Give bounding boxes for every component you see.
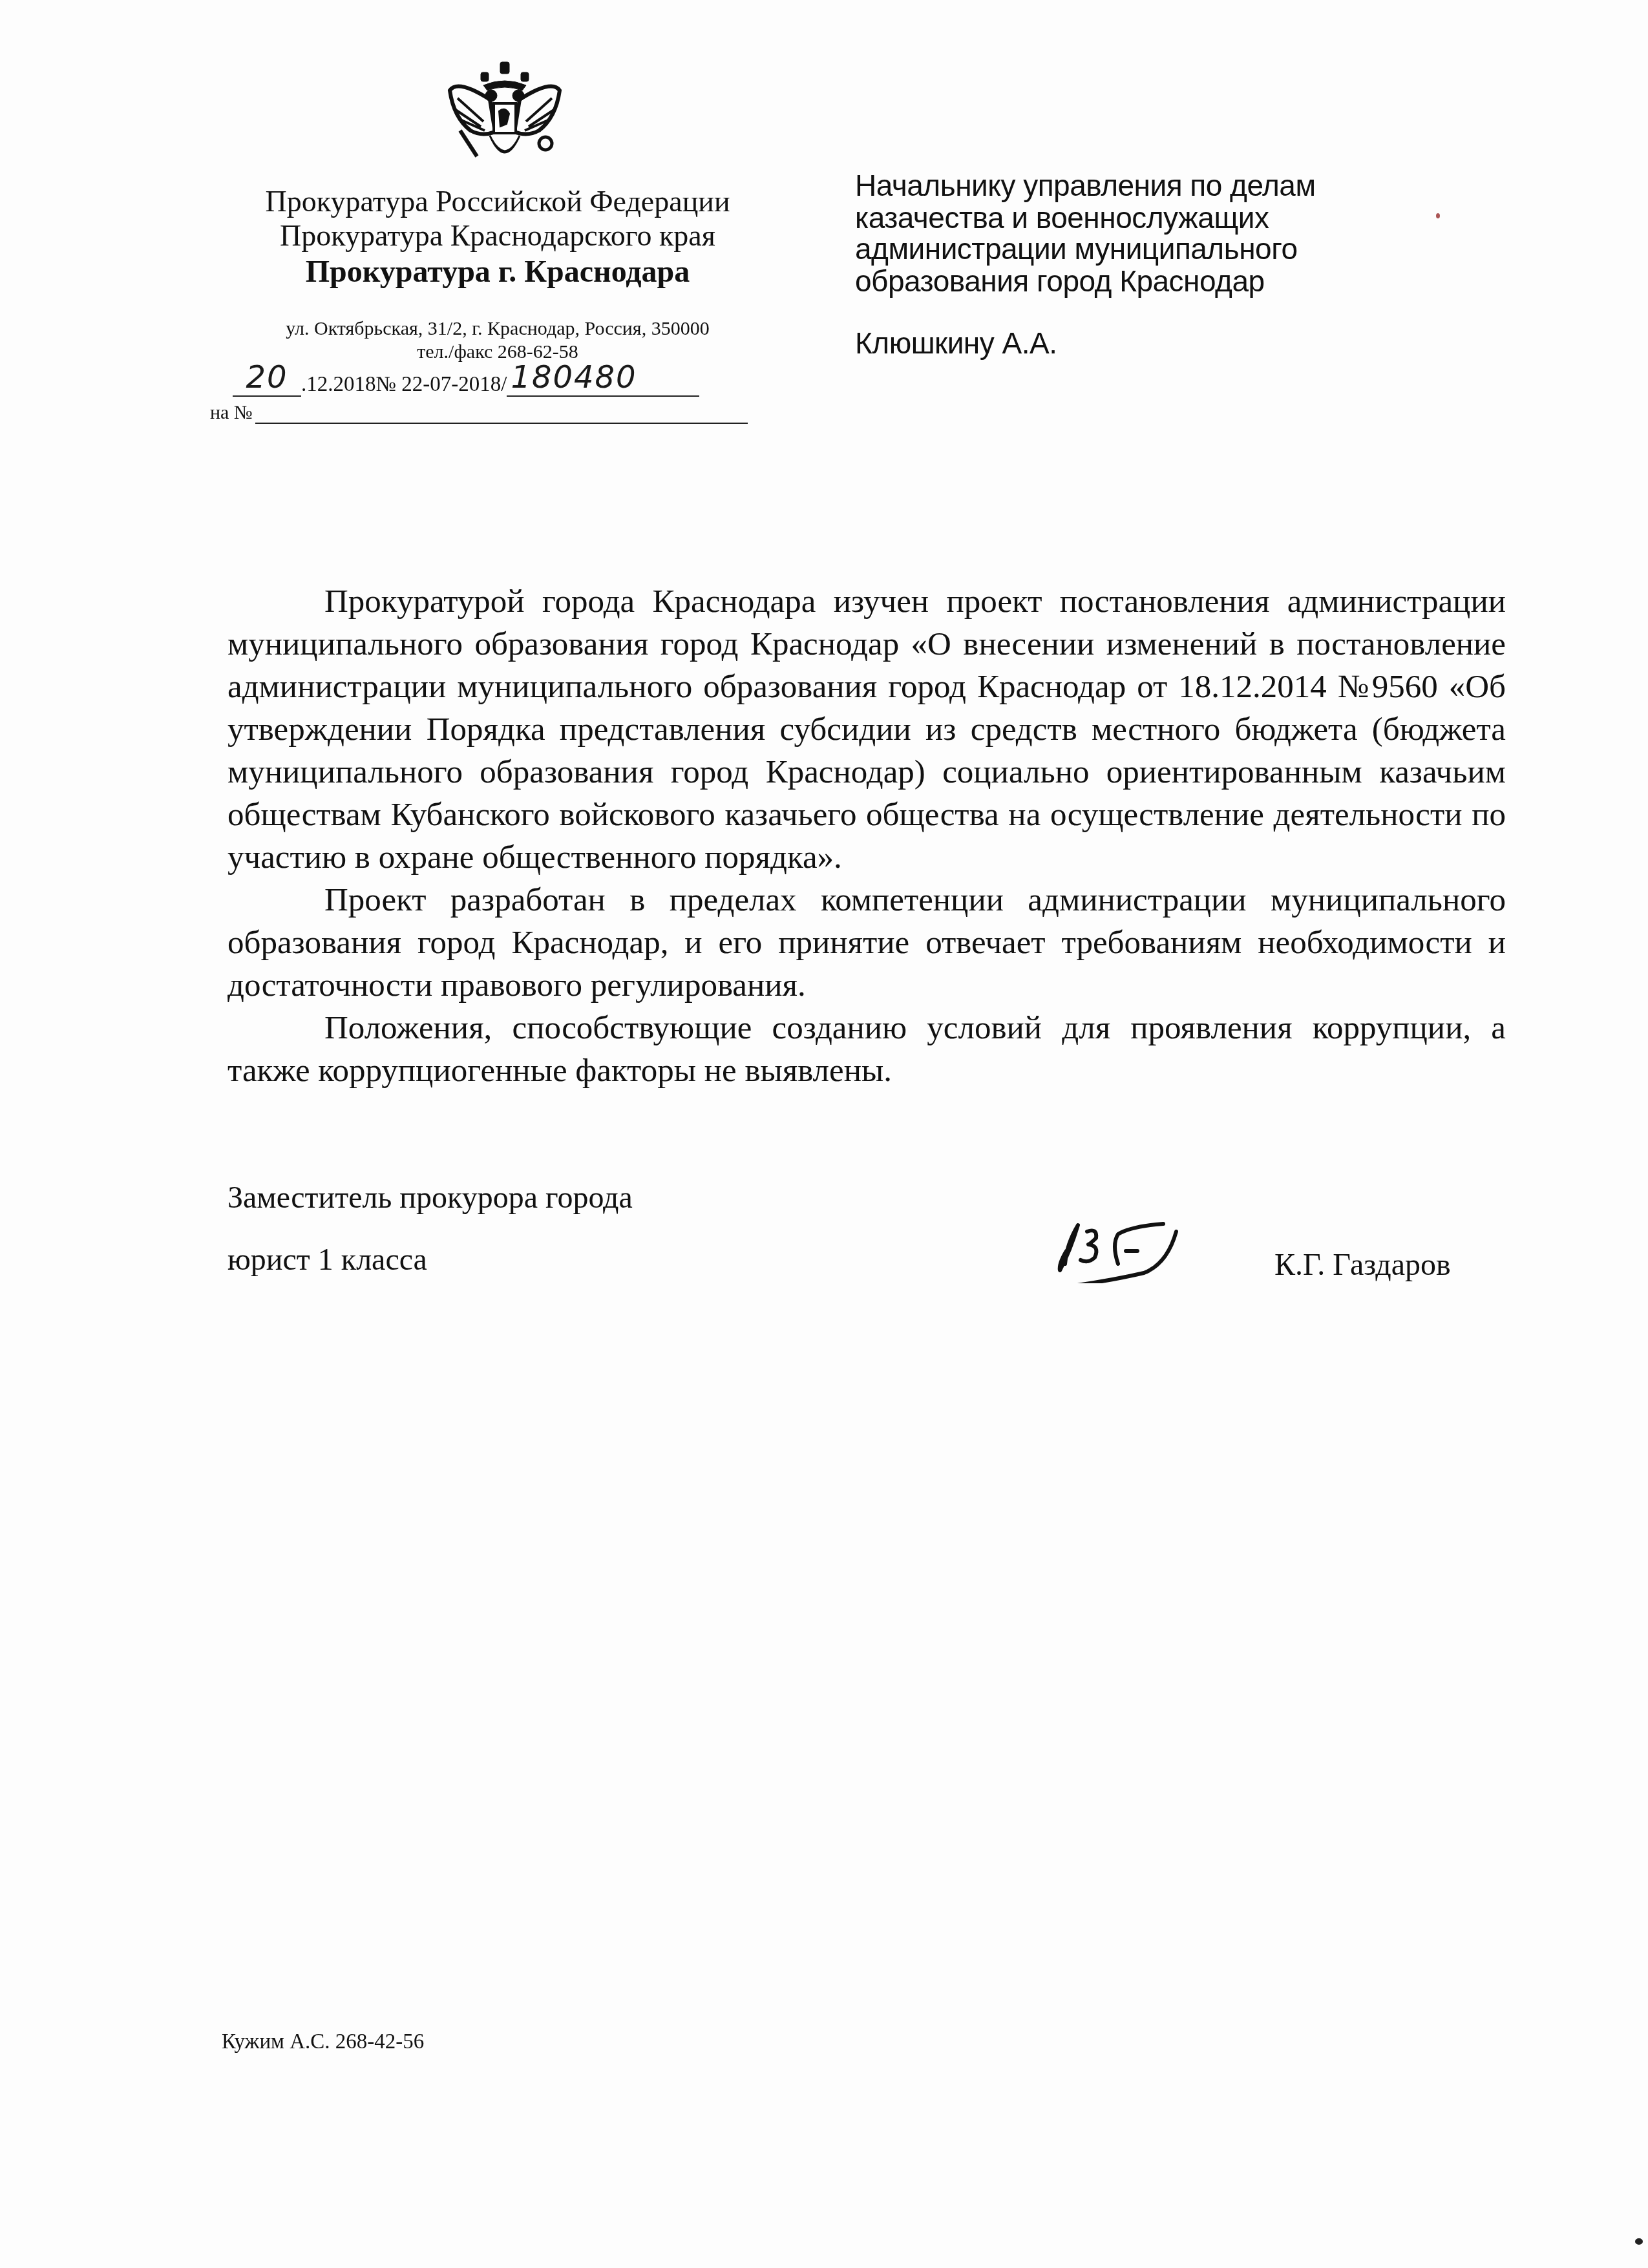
signer-position: Заместитель прокурора города bbox=[227, 1180, 633, 1215]
body-paragraph-1: Прокуратурой города Краснодара изучен пр… bbox=[227, 580, 1506, 879]
registration-line: 20.12.2018№ 22-07-2018/180480 bbox=[233, 359, 763, 398]
reference-label: на № bbox=[210, 402, 253, 423]
signer-name: К.Г. Газдаров bbox=[1274, 1247, 1451, 1283]
coat-of-arms-icon bbox=[445, 59, 565, 171]
letterhead-address: ул. Октябрьская, 31/2, г. Краснодар, Рос… bbox=[220, 318, 776, 340]
scan-speck bbox=[1436, 213, 1440, 218]
registration-day: 20 bbox=[233, 359, 301, 397]
registration-date: .12.2018 bbox=[301, 373, 376, 396]
body-paragraph-3: Положения, способствующие созданию услов… bbox=[227, 1007, 1506, 1092]
signer-rank: юрист 1 класса bbox=[227, 1242, 427, 1277]
letterhead-line-2: Прокуратура Краснодарского края bbox=[220, 218, 776, 253]
executor-contact: Кужим А.С. 268-42-56 bbox=[222, 2030, 424, 2054]
reference-line: на № bbox=[210, 402, 748, 424]
scan-speck bbox=[1635, 2238, 1643, 2245]
signature-icon bbox=[1041, 1206, 1254, 1283]
body-paragraph-2: Проект разработан в пределах компетенции… bbox=[227, 879, 1506, 1007]
addressee-line-3: администрации муниципального bbox=[855, 234, 1298, 264]
addressee-line-2: казачества и военнослужащих bbox=[855, 203, 1269, 233]
reference-value bbox=[255, 403, 748, 424]
letterhead-line-1: Прокуратура Российской Федерации bbox=[220, 184, 776, 218]
addressee-line-4: образования город Краснодар bbox=[855, 266, 1265, 296]
registration-number-prefix: № 22-07-2018/ bbox=[376, 373, 507, 396]
letter-body: Прокуратурой города Краснодара изучен пр… bbox=[227, 580, 1506, 1092]
addressee-name: Клюшкину А.А. bbox=[855, 328, 1057, 358]
registration-number: 180480 bbox=[507, 359, 699, 397]
letterhead-title: Прокуратура г. Краснодара bbox=[220, 254, 776, 289]
addressee-line-1: Начальнику управления по делам bbox=[855, 171, 1316, 200]
